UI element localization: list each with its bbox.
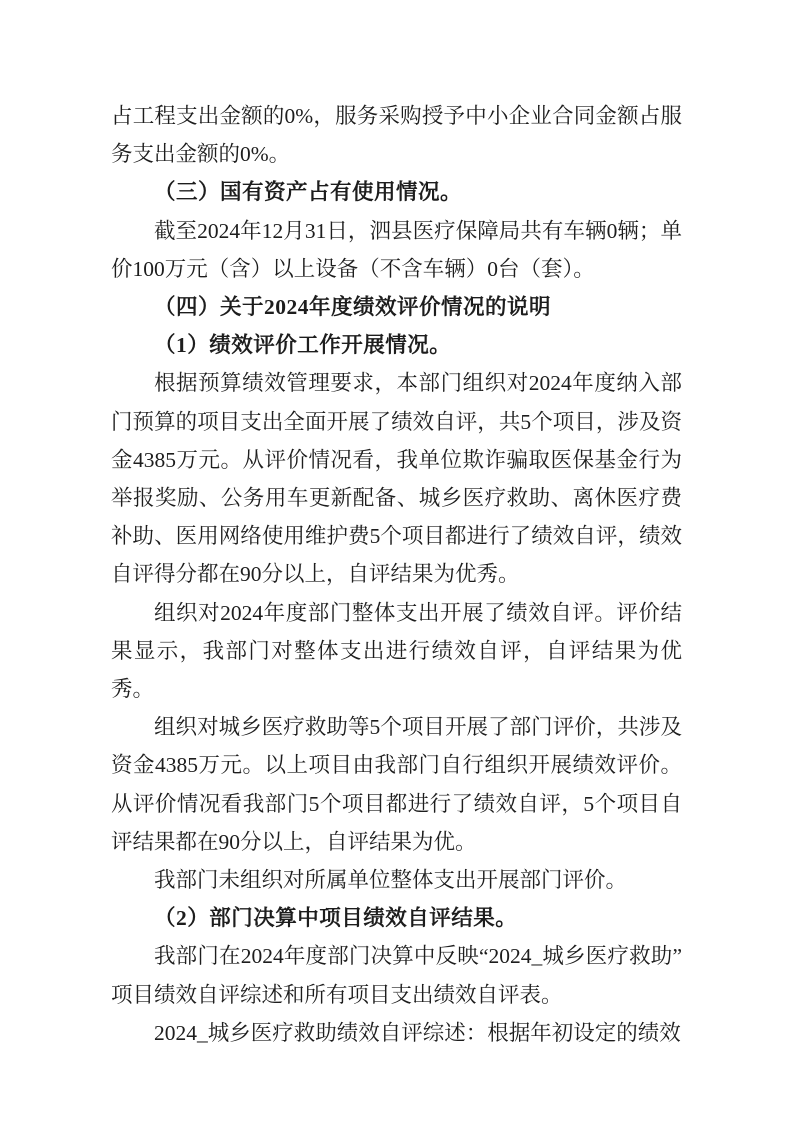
subsection-heading-evaluation-work: （1）绩效评价工作开展情况。 — [111, 326, 682, 364]
paragraph-medical-aid-summary-start: 2024_城乡医疗救助绩效自评综述：根据年初设定的绩效 — [111, 1014, 682, 1052]
section-heading-state-assets: （三）国有资产占有使用情况。 — [111, 173, 682, 211]
document-page: 占工程支出金额的0%，服务采购授予中小企业合同金额占服务支出金额的0%。 （三）… — [0, 0, 793, 1122]
paragraph-self-evaluation-projects: 根据预算绩效管理要求，本部门组织对2024年度纳入部门预算的项目支出全面开展了绩… — [111, 364, 682, 593]
paragraph-vehicles-equipment: 截至2024年12月31日，泗县医疗保障局共有车辆0辆；单价100万元（含）以上… — [111, 212, 682, 288]
subsection-heading-final-accounts-results: （2）部门决算中项目绩效自评结果。 — [111, 899, 682, 937]
paragraph-final-accounts-reflection: 我部门在2024年度部门决算中反映“2024_城乡医疗救助”项目绩效自评综述和所… — [111, 937, 682, 1013]
paragraph-department-evaluation: 组织对城乡医疗救助等5个项目开展了部门评价，共涉及资金4385万元。以上项目由我… — [111, 708, 682, 861]
paragraph-no-subordinate-evaluation: 我部门未组织对所属单位整体支出开展部门评价。 — [111, 861, 682, 899]
paragraph-overall-expenditure-evaluation: 组织对2024年度部门整体支出开展了绩效自评。评价结果显示，我部门对整体支出进行… — [111, 594, 682, 709]
paragraph-procurement-continuation: 占工程支出金额的0%，服务采购授予中小企业合同金额占服务支出金额的0%。 — [111, 97, 682, 173]
section-heading-performance-evaluation: （四）关于2024年度绩效评价情况的说明 — [111, 288, 682, 326]
